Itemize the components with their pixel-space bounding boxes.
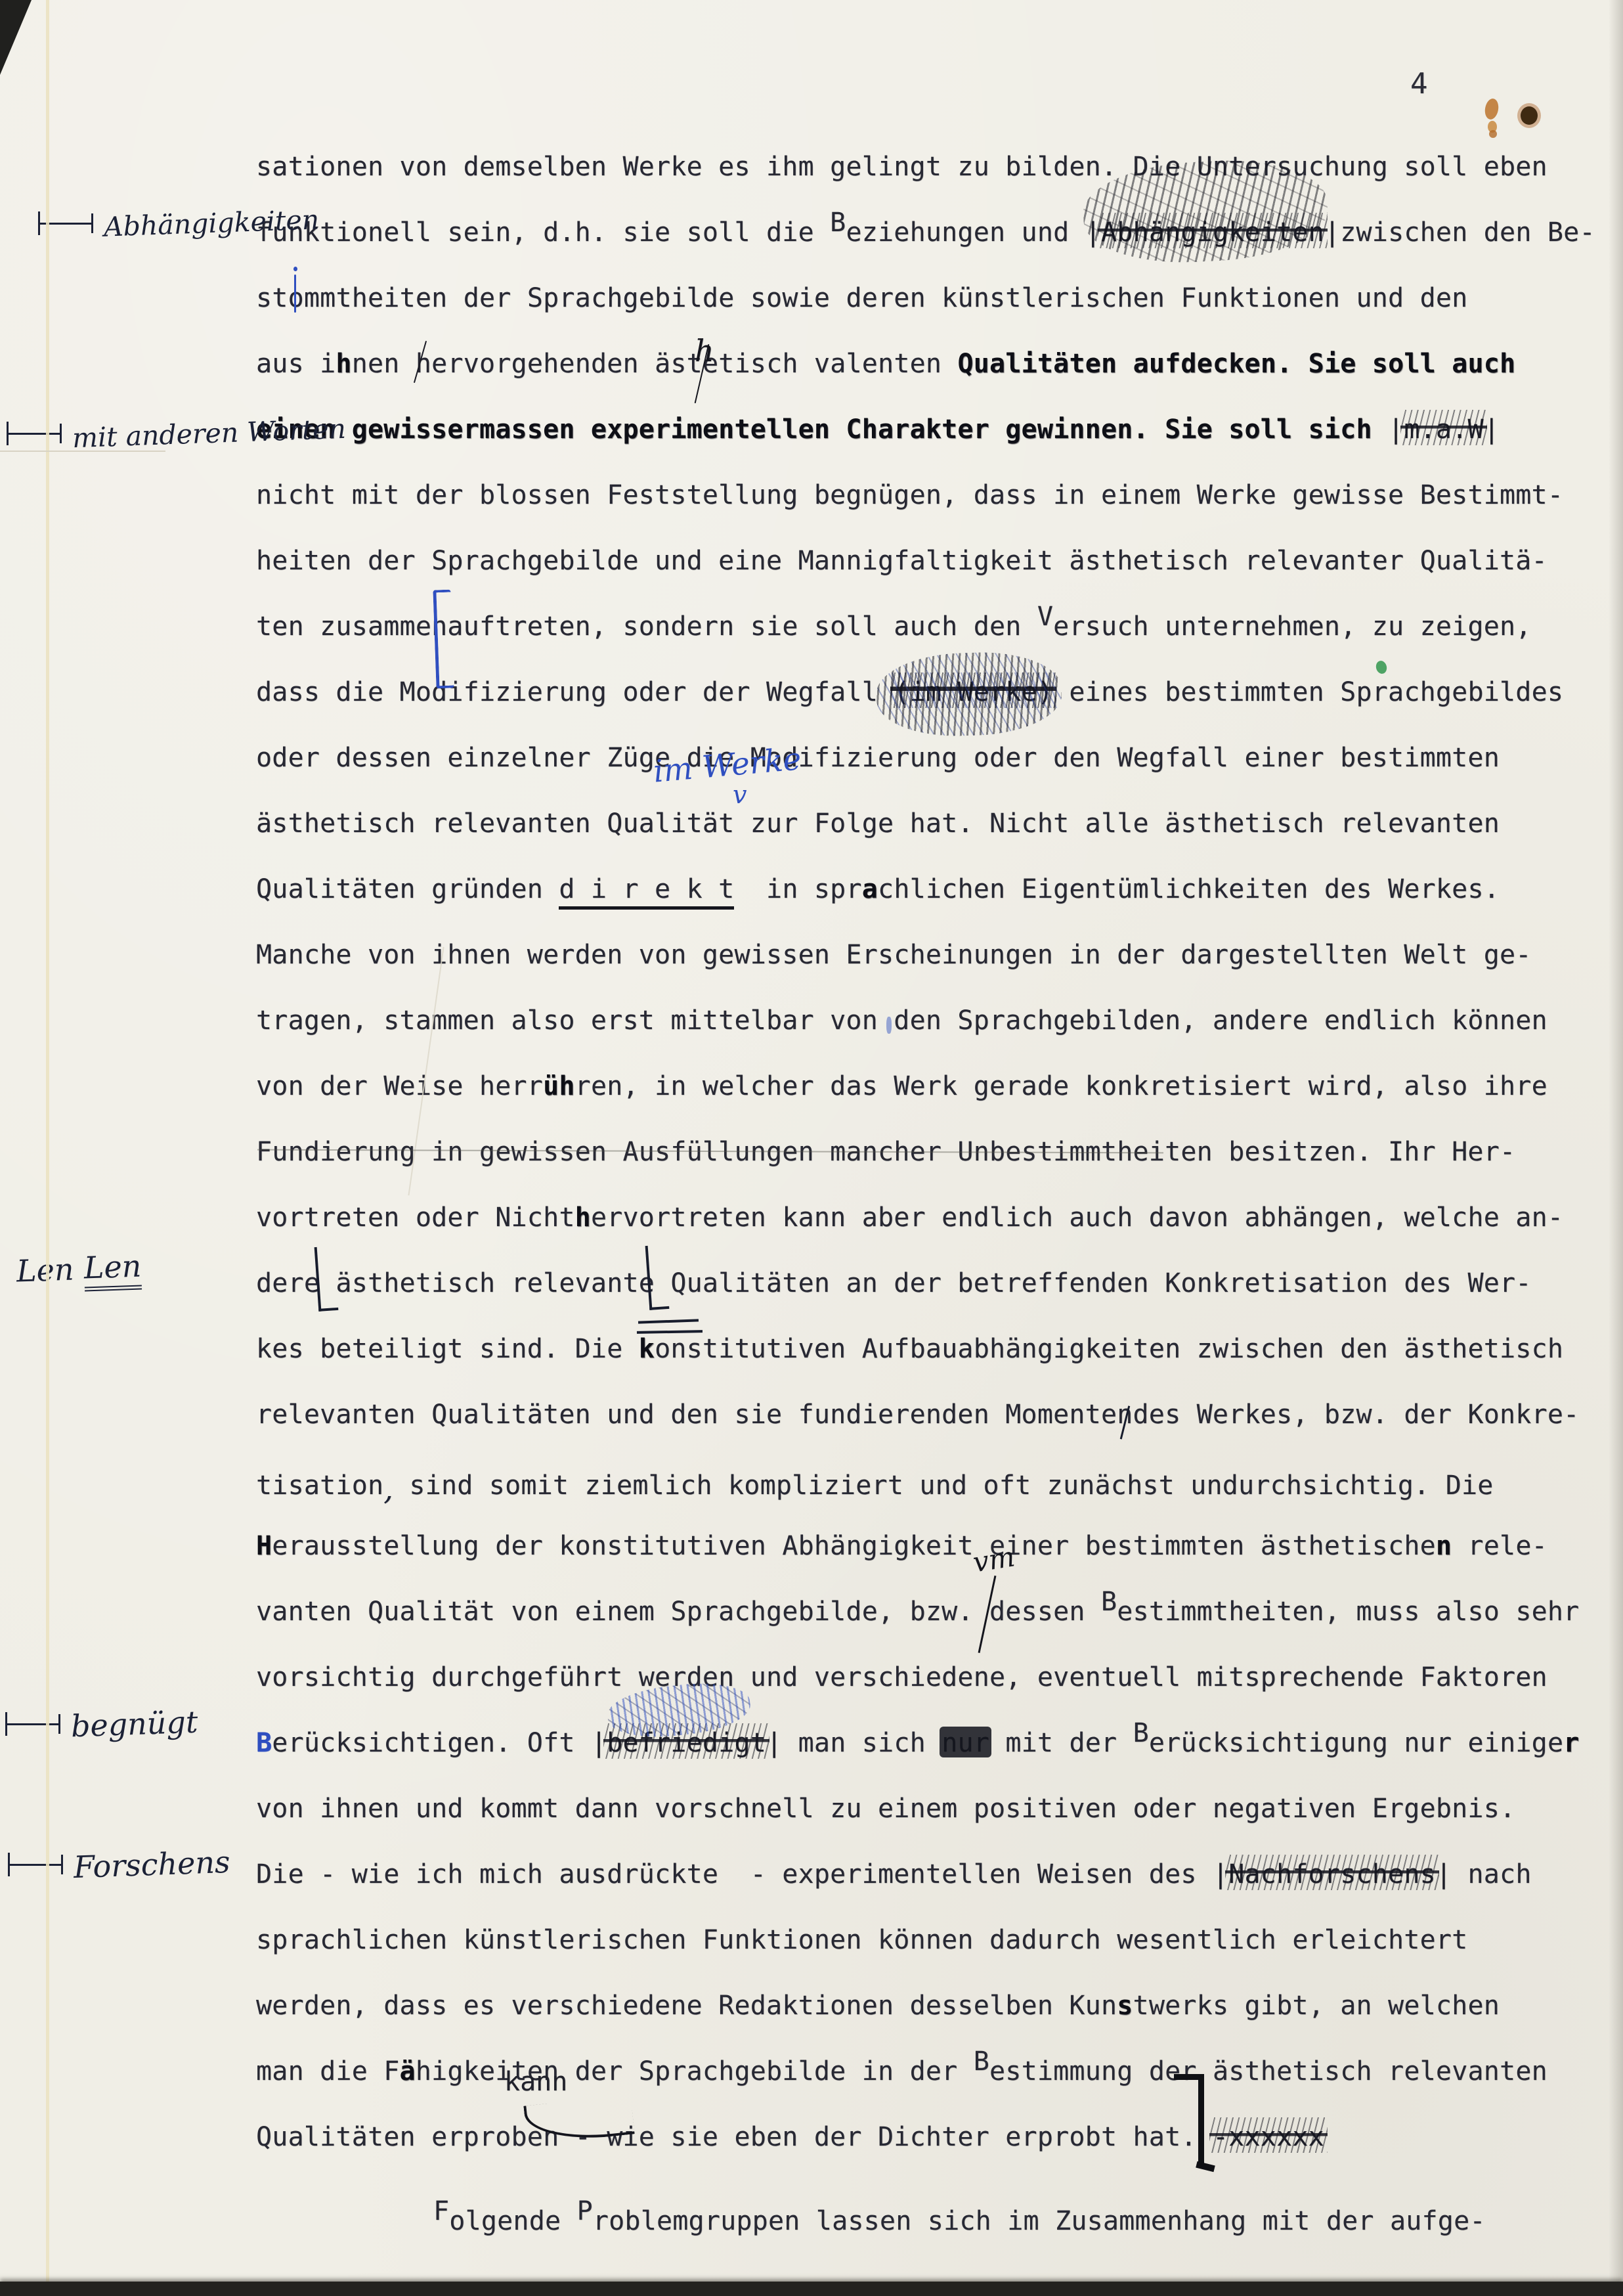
- blue-ink-smudge: [886, 1017, 892, 1034]
- typed-text-segment: eziehungen und: [846, 217, 1085, 248]
- double-underline-mark: [637, 1330, 703, 1334]
- typed-line: vortreten oder Nichthervortreten kann ab…: [256, 1203, 1563, 1232]
- bracket-vertical-bar: [1198, 2074, 1204, 2166]
- typed-text-segment: zur Folge hat. Nicht alle ästhetisch rel…: [750, 808, 1500, 839]
- typed-text-segment: dessen: [989, 1597, 1101, 1627]
- rust-stain: [1521, 106, 1538, 125]
- overtyped-letter: a: [862, 874, 878, 904]
- paper-crease: [0, 451, 165, 452]
- blue-ink-bracket: [433, 590, 454, 689]
- typed-text-segment: tisation: [256, 1470, 383, 1501]
- green-ink-fleck: [1375, 659, 1389, 674]
- margin-lead-mark: [8, 1853, 63, 1876]
- typed-line: Folgende Problemgruppen lassen sich im Z…: [433, 2207, 1486, 2236]
- typed-text-segment: mmtheiten der Sprachgebilde sowie deren …: [304, 283, 1468, 313]
- typed-text-segment: olgende: [449, 2206, 576, 2236]
- page-number: 4: [1410, 67, 1428, 100]
- overtyped-letter: üh: [543, 1071, 575, 1101]
- margin-note-label: begnügt: [70, 1704, 198, 1744]
- typed-line: vanten Qualität von einem Sprachgebilde,…: [256, 1597, 1579, 1626]
- end-bracket-mark: [1174, 2074, 1204, 2166]
- lead-tick: [91, 213, 93, 233]
- typed-text-segment: funktionell sein, d.h. sie soll die: [256, 217, 830, 248]
- margin-lead-mark: [5, 1712, 60, 1736]
- typed-text-segment: zwischen den Be-: [1340, 217, 1595, 248]
- raised-letter: B: [1133, 1719, 1149, 1748]
- typed-text-segment: relevanten Qualitäten und den sie fundie…: [256, 1400, 1133, 1430]
- typed-text-segment: ten zusammen: [256, 611, 447, 642]
- overtyped-bold-segment: Qualitäten aufdecken. Sie soll auch: [957, 349, 1515, 379]
- raised-letter: B: [1101, 1587, 1117, 1616]
- typed-line: vorsichtig durchgeführt werden und versc…: [256, 1663, 1547, 1692]
- typed-text-segment: Qualitäten an der betreffenden Konkretis…: [655, 1268, 1532, 1298]
- typed-text-segment: kes beteiligt sind. Die: [256, 1334, 639, 1364]
- typed-text-segment: eines bestimmten Sprachgebildes: [1053, 677, 1563, 707]
- typed-insertion-kann: kann: [504, 2069, 567, 2095]
- typed-text-segment: ersuch unternehmen, zu zeigen,: [1053, 611, 1531, 642]
- margin-note-label-underlined: Len: [83, 1248, 142, 1291]
- typed-text-segment: vanten Qualität von einem Sprachgebilde,…: [256, 1597, 989, 1627]
- margin-note-begnuegt: begnügt: [5, 1706, 198, 1742]
- overtyped-letter: k: [639, 1334, 655, 1364]
- typed-text-segment: von ihnen und kommt dann vorschnell zu e…: [256, 1794, 1515, 1824]
- typed-text-segment: bzw. der Konkre-: [1309, 1400, 1580, 1430]
- overtyped-bold-segment: einen gewissermassen experimentellen Cha…: [256, 414, 1388, 445]
- typed-text-segment: in spr: [734, 874, 861, 904]
- typed-line: sationen von demselben Werke es ihm geli…: [256, 152, 1547, 181]
- typed-text-segment: auftreten, sondern sie soll auch den: [447, 611, 1037, 642]
- typed-line: von der Weise herrühren, in welcher das …: [256, 1072, 1547, 1101]
- typed-text-segment: heiten der Sprachgebilde und eine Mannig…: [256, 546, 1547, 576]
- typed-text-segment: etisch valenten: [703, 349, 958, 379]
- blacked-out-word: nur: [941, 1729, 989, 1757]
- typed-text-segment: Qualitäten erproben: [256, 2122, 559, 2152]
- overtyped-letter: ä: [400, 2056, 416, 2086]
- slashed-letter: h: [416, 349, 431, 378]
- lead-line: [9, 433, 60, 435]
- margin-note-label: Abhängigkeiten: [103, 204, 320, 242]
- lead-line: [10, 1864, 61, 1866]
- handwritten-comma: ,: [383, 1471, 393, 1507]
- raised-letter: P: [577, 2197, 593, 2226]
- typed-text-segment: twerks gibt, an welchen: [1133, 1991, 1500, 2021]
- raised-letter: B: [974, 2047, 989, 2076]
- typed-line: heiten der Sprachgebilde und eine Mannig…: [256, 546, 1547, 575]
- typed-text-segment: erausstellung der konstitutiven Abhängig…: [272, 1531, 1436, 1561]
- struck-out-word: -xxxxxx: [1213, 2123, 1324, 2152]
- typed-text-segment: erücksichtigung nur einige: [1149, 1728, 1563, 1758]
- typed-text-segment: nach: [1452, 1859, 1531, 1889]
- lead-line: [7, 1723, 58, 1725]
- typed-text-segment: ästhetisch relevanten Qualität: [256, 808, 750, 839]
- typed-line: aus ihnen hervorgehenden ästhetisch vale…: [256, 349, 1515, 378]
- typed-text-segment: onstitutiven Aufbauabhängigkeiten zwisch…: [655, 1334, 1563, 1364]
- typed-text-segment: ervortreten kann aber endlich auch davon…: [591, 1203, 1563, 1233]
- overtyped-letter: s: [1117, 1991, 1133, 2021]
- typed-text-segment: oder dessen einzelner Züge die Modifizie…: [256, 743, 1500, 773]
- raised-letter: F: [433, 2197, 449, 2226]
- typed-text-segment: Qualitäten gründen: [256, 874, 559, 904]
- typed-line: man die Fähigkeiten der Sprachgebilde in…: [256, 2057, 1547, 2086]
- typed-text-segment: sprachlichen künstlerischen Funktionen k…: [256, 1925, 1467, 1955]
- blue-corrected-letter: o: [288, 284, 304, 313]
- lead-tick: [58, 1714, 60, 1734]
- typed-text-segment: rele-: [1452, 1531, 1547, 1561]
- double-underline-mark: [638, 1319, 699, 1323]
- typed-text-segment: higkeiten der Sprachgebilde in der: [416, 2056, 974, 2086]
- paper-right-edge-shadow: [1609, 0, 1623, 2296]
- typed-text-segment: mit der: [989, 1728, 1133, 1758]
- insertion-mark: [314, 1246, 339, 1312]
- margin-note-forschens: Forschens: [8, 1847, 230, 1882]
- typed-text-segment: nicht mit der blossen Feststellung begnü…: [256, 480, 1563, 510]
- typed-text-segment: Manche von ihnen werden von gewissen Ers…: [256, 940, 1532, 970]
- typed-line: Qualitäten erproben - wie sie eben der D…: [256, 2123, 1324, 2152]
- typed-line: sprachlichen künstlerischen Funktionen k…: [256, 1926, 1467, 1954]
- typed-text-segment: vortreten oder Nicht: [256, 1203, 575, 1233]
- scan-bottom-strip: [0, 2282, 1623, 2296]
- typed-text-segment: ästhetisch relevante: [320, 1268, 655, 1298]
- typed-text-segment: ren, in welcher das Werk gerade konkreti…: [575, 1071, 1547, 1101]
- typed-line: Berücksichtigen. Oft |befriedigt| man si…: [256, 1729, 1580, 1757]
- typed-text-segment: dass die Modifizierung oder der Wegfall: [256, 677, 894, 707]
- insertion-mark: [645, 1245, 670, 1310]
- typed-line: ästhetisch relevanten Qualität zur Folge…: [256, 809, 1500, 838]
- typed-line: Die - wie ich mich ausdrückte - experime…: [256, 1860, 1532, 1889]
- typed-text-segment: nen: [352, 349, 416, 379]
- typed-text-segment: erücksichtigen. Oft: [272, 1728, 591, 1758]
- rust-stain: [1483, 98, 1500, 121]
- lead-tick: [61, 1855, 63, 1874]
- margin-note-label: mit anderen Worten: [72, 413, 346, 454]
- overtyped-letter: h: [335, 349, 351, 379]
- rust-stain: [1489, 130, 1497, 138]
- margin-lead-mark: [7, 422, 62, 445]
- ink-scribble-overlay: [875, 650, 1063, 739]
- insertion-caret: v: [733, 780, 747, 809]
- typed-line: funktionell sein, d.h. sie soll die Bezi…: [256, 218, 1595, 247]
- typed-line: relevanten Qualitäten und den sie fundie…: [256, 1400, 1579, 1429]
- typed-text-segment: sationen von demselben Werke es ihm geli…: [256, 152, 1547, 182]
- lead-tick: [60, 424, 62, 443]
- typed-line: nicht mit der blossen Feststellung begnü…: [256, 481, 1563, 510]
- paper-left-edge: [46, 0, 49, 2296]
- handwritten-insertion-vm: vm: [971, 1540, 1017, 1578]
- margin-note-label: Forschens: [73, 1844, 230, 1885]
- typed-text-segment: aus i: [256, 349, 335, 379]
- struck-out-word: m.a.W: [1404, 415, 1483, 444]
- overtyped-letter: n: [1436, 1531, 1452, 1561]
- typed-text-segment: st: [256, 283, 288, 313]
- typed-text-segment: vorsichtig durchgeführt werden und versc…: [256, 1662, 1547, 1692]
- typed-text-segment: ervorgehenden äst: [431, 349, 703, 379]
- margin-note-abhaengigkeiten: Abhängigkeiten: [38, 208, 319, 239]
- margin-note-len-len: LenLen: [16, 1249, 142, 1291]
- dark-corner-notch: [0, 0, 32, 75]
- overtyped-letter: r: [1563, 1728, 1579, 1758]
- typed-line: tragen, stammen also erst mittelbar von …: [256, 1006, 1547, 1035]
- underlined-emphasis-word: d i r e k t: [559, 874, 734, 910]
- raised-letter: B: [830, 208, 846, 237]
- typed-text-segment: tragen, stammen also erst mittelbar von …: [256, 1005, 1547, 1036]
- typed-line: oder dessen einzelner Züge die Modifizie…: [256, 743, 1500, 772]
- blue-ink-capital: B: [256, 1728, 272, 1758]
- raised-letter: V: [1037, 602, 1053, 631]
- typed-text-segment: man die F: [256, 2056, 400, 2086]
- typed-text-segment: roblemgruppen lassen sich im Zusammenhan…: [593, 2206, 1486, 2236]
- typed-line: Qualitäten gründen d i r e k t in sprach…: [256, 875, 1500, 904]
- typed-text-segment: des Werkes,: [1133, 1400, 1309, 1430]
- typed-line: dere ästhetisch relevante Qualitäten an …: [256, 1269, 1532, 1298]
- typed-text-segment: dere: [256, 1268, 320, 1298]
- typed-text-segment: man sich: [782, 1728, 941, 1758]
- overtyped-letter: h: [575, 1203, 591, 1233]
- typed-line: werden, dass es verschiedene Redaktionen…: [256, 1991, 1500, 2020]
- typed-text-segment: chlichen Eigentümlichkeiten des Werkes.: [878, 874, 1500, 904]
- struck-out-word: Nachforschens: [1228, 1860, 1436, 1889]
- margin-note-label: Len: [16, 1251, 74, 1289]
- typed-line: stommtheiten der Sprachgebilde sowie der…: [256, 284, 1467, 313]
- typed-line: Herausstellung der konstitutiven Abhängi…: [256, 1532, 1547, 1560]
- typed-line: tisation, sind somit ziemlich komplizier…: [256, 1466, 1494, 1501]
- margin-note-mit-anderen-worten: mit anderen Worten: [7, 418, 346, 449]
- typed-text-segment: - wie sie eben der Dichter erprobt hat.: [559, 2122, 1213, 2152]
- typed-text-segment: von der Weise herr: [256, 1071, 543, 1101]
- typed-line: einen gewissermassen experimentellen Cha…: [256, 415, 1500, 444]
- typed-line: Manche von ihnen werden von gewissen Ers…: [256, 940, 1532, 969]
- typed-text-segment: estimmtheiten, muss also sehr: [1117, 1597, 1579, 1627]
- typed-text-segment: sind somit ziemlich kompliziert und oft …: [393, 1470, 1493, 1501]
- typed-line: kes beteiligt sind. Die konstitutiven Au…: [256, 1335, 1563, 1363]
- typed-text-segment: Die - wie ich mich ausdrückte - experime…: [256, 1859, 1213, 1889]
- bracket-foot: [1196, 2161, 1215, 2172]
- typed-line: von ihnen und kommt dann vorschnell zu e…: [256, 1794, 1515, 1823]
- scanned-typescript-page: { "page_number": "4", "lines": [ ["satio…: [0, 0, 1623, 2296]
- overtyped-letter: H: [256, 1531, 272, 1561]
- typed-text-segment: estimmung der ästhetisch relevanten: [989, 2056, 1547, 2086]
- typed-text-segment: werden, dass es verschiedene Redaktionen…: [256, 1991, 1117, 2021]
